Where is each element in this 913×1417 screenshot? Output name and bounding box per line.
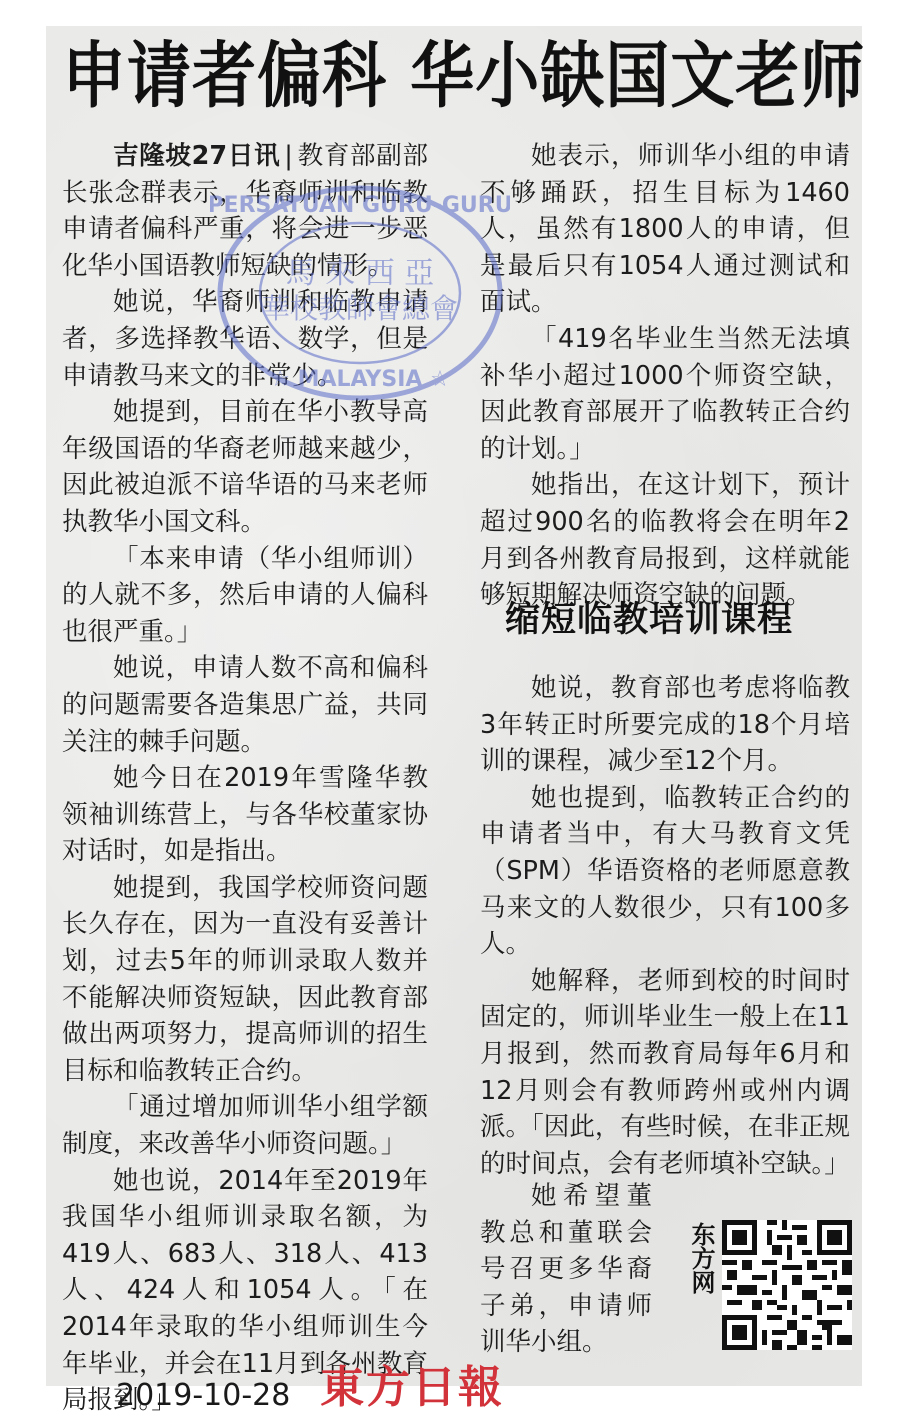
qr-code[interactable] — [722, 1220, 852, 1350]
paragraph: 她说，教育部也考虑将临教3年转正时所要完成的18个月培训的课程，减少至12个月。 — [480, 670, 850, 780]
paragraph: 她表示，师训华小组的申请不够踊跃，招生目标为1460人，虽然有1800人的申请，… — [480, 138, 850, 321]
quote-paragraph: 「通过增加师训华小组学额制度，来改善华小师资问题。」 — [62, 1089, 428, 1162]
closing-paragraph: 她希望董教总和董联会号召更多华裔子弟，申请师训华小组。 — [480, 1178, 652, 1361]
publication-date: 2019-10-28 — [116, 1378, 290, 1414]
paragraph: 她说，申请人数不高和偏科的问题需要各造集思广益，共同关注的棘手问题。 — [62, 650, 428, 760]
article-column-right-lower: 她说，教育部也考虑将临教3年转正时所要完成的18个月培训的课程，减少至12个月。… — [480, 670, 850, 1182]
paragraph: 她今日在2019年雪隆华教领袖训练营上，与各华校董家协对话时，如是指出。 — [62, 760, 428, 870]
closing-paragraph-block: 她希望董教总和董联会号召更多华裔子弟，申请师训华小组。 — [480, 1178, 652, 1361]
lead-paragraph: 吉隆坡27日讯|教育部副部长张念群表示，华裔师训和临教申请者偏科严重，将会进一步… — [62, 138, 428, 284]
qr-label: 东方网 — [685, 1222, 715, 1294]
paragraph: 她说，华裔师训和临教申请者，多选择教华语、数学，但是申请教马来文的非常少。 — [62, 284, 428, 394]
article-column-left: 吉隆坡27日讯|教育部副部长张念群表示，华裔师训和临教申请者偏科严重，将会进一步… — [62, 138, 428, 1417]
dateline: 吉隆坡27日讯 — [113, 141, 280, 171]
dateline-separator: | — [284, 141, 293, 171]
paragraph: 她解释，老师到校的时间时固定的，师训毕业生一般上在11月报到，然而教育局每年6月… — [480, 963, 850, 1183]
headline: 申请者偏科 华小缺国文老师 — [62, 32, 852, 122]
quote-paragraph: 「本来申请（华小组师训）的人就不多，然后申请的人偏科也很严重。」 — [62, 541, 428, 651]
quote-paragraph: 「419名毕业生当然无法填补华小超过1000个师资空缺，因此教育部展开了临教转正… — [480, 321, 850, 467]
subheading: 缩短临教培训课程 — [505, 596, 835, 644]
qr-code-icon — [722, 1220, 852, 1350]
paragraph: 她指出，在这计划下，预计超过900名的临教将会在明年2月到各州教育局报到，这样就… — [480, 467, 850, 613]
paragraph: 她提到，目前在华小教导高年级国语的华裔老师越来越少，因此被迫派不谙华语的马来老师… — [62, 394, 428, 540]
paragraph: 她也提到，临教转正合约的申请者当中，有大马教育文凭（SPM）华语资格的老师愿意教… — [480, 780, 850, 963]
paragraph: 她提到，我国学校师资问题长久存在，因为一直没有妥善计划，过去5年的师训录取人数并… — [62, 870, 428, 1090]
article-column-right: 她表示，师训华小组的申请不够踊跃，招生目标为1460人，虽然有1800人的申请，… — [480, 138, 850, 614]
publication-logo: 東方日報 — [320, 1362, 504, 1414]
